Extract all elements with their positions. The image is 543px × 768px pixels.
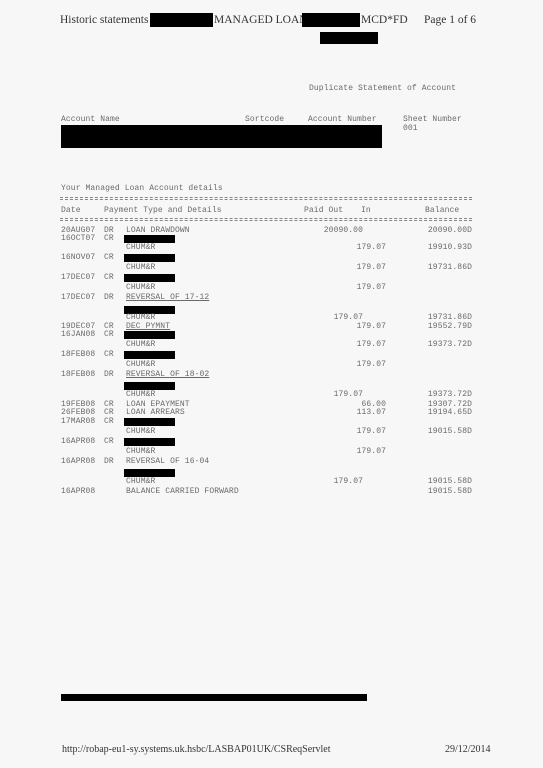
row-date: 17DEC07 [61, 293, 95, 302]
row-type-code: CR [104, 408, 114, 417]
row-date: 17MAR08 [61, 417, 95, 426]
row-detail: REVERSAL OF 16-04 [126, 457, 209, 466]
row-balance: 19552.79D [428, 322, 472, 331]
divider [60, 218, 472, 219]
row-detail: CHUM&R [126, 447, 155, 456]
th-paid-out: Paid Out [304, 206, 343, 215]
redacted-block [320, 32, 378, 44]
redacted-account-details [61, 125, 382, 148]
row-date: 16APR08 [61, 487, 95, 496]
col-account-number: Account Number [308, 115, 377, 124]
row-detail: LOAN ARREARS [126, 408, 185, 417]
row-date: 16OCT07 [61, 234, 95, 243]
th-paid-in: In [361, 206, 371, 215]
divider [60, 220, 472, 221]
row-detail: REVERSAL OF 18-02 [126, 370, 209, 379]
row-type-code: DR [104, 370, 114, 379]
row-paid-in: 179.07 [357, 427, 386, 436]
row-balance: 19015.58D [428, 487, 472, 496]
row-type-code: CR [104, 437, 114, 446]
th-balance: Balance [425, 206, 459, 215]
row-type-code: CR [104, 253, 114, 262]
row-balance: 19731.86D [428, 263, 472, 272]
header-suffix: MCD*FD [361, 14, 408, 26]
divider [60, 197, 472, 198]
row-date: 16JAN08 [61, 330, 95, 339]
row-paid-out: 20090.00 [324, 226, 363, 235]
row-detail: CHUM&R [126, 360, 155, 369]
row-balance: 19731.86D [428, 313, 472, 322]
row-type-code: CR [104, 273, 114, 282]
page-indicator: Page 1 of 6 [424, 14, 476, 26]
row-balance: 20090.00D [428, 226, 472, 235]
row-balance: 19015.58D [428, 477, 472, 486]
footer-date: 29/12/2014 [445, 744, 491, 755]
row-detail: CHUM&R [126, 427, 155, 436]
row-paid-in: 179.07 [357, 283, 386, 292]
row-balance: 19373.72D [428, 390, 472, 399]
redacted-payee [124, 254, 175, 262]
row-detail: CHUM&R [126, 283, 155, 292]
divider [60, 199, 472, 200]
row-paid-in: 179.07 [357, 360, 386, 369]
row-detail: BALANCE CARRIED FORWARD [126, 487, 239, 496]
footer-url: http://robap-eu1-sy.systems.uk.hsbc/LASB… [62, 744, 331, 755]
row-type-code: CR [104, 350, 114, 359]
row-balance: 19194.65D [428, 408, 472, 417]
redacted-payee [124, 382, 175, 390]
row-paid-out: 179.07 [334, 313, 363, 322]
row-paid-in: 179.07 [357, 322, 386, 331]
redacted-payee [124, 331, 175, 339]
row-date: 16APR08 [61, 457, 95, 466]
statement-title: Duplicate Statement of Account [309, 84, 456, 93]
redacted-payee [124, 351, 175, 359]
redacted-footer-note [61, 694, 367, 701]
row-balance: 19910.93D [428, 243, 472, 252]
section-title: Your Managed Loan Account details [61, 184, 223, 193]
redacted-payee [124, 438, 175, 446]
col-sortcode: Sortcode [245, 115, 284, 124]
row-date: 17DEC07 [61, 273, 95, 282]
col-sheet-number: Sheet Number [403, 115, 462, 124]
row-type-code: CR [104, 330, 114, 339]
row-type-code: CR [104, 234, 114, 243]
row-detail: LOAN DRAWDOWN [126, 226, 190, 235]
row-detail: CHUM&R [126, 477, 155, 486]
redacted-payee [124, 235, 175, 243]
redacted-block [150, 13, 213, 27]
row-detail: CHUM&R [126, 340, 155, 349]
col-account-name: Account Name [61, 115, 120, 124]
redacted-payee [124, 274, 175, 282]
header-title-prefix: Historic statements - [60, 14, 155, 26]
row-detail: CHUM&R [126, 313, 155, 322]
row-paid-out: 179.07 [334, 477, 363, 486]
row-date: 18FEB08 [61, 350, 95, 359]
th-date: Date [61, 206, 81, 215]
row-paid-in: 179.07 [357, 243, 386, 252]
row-paid-in: 179.07 [357, 340, 386, 349]
row-type-code: DR [104, 457, 114, 466]
redacted-payee [124, 469, 175, 477]
row-detail: REVERSAL OF 17-12 [126, 293, 209, 302]
th-type: Payment Type and Details [104, 206, 222, 215]
row-balance: 19015.58D [428, 427, 472, 436]
redacted-payee [124, 418, 175, 426]
row-date: 16NOV07 [61, 253, 95, 262]
row-date: 18FEB08 [61, 370, 95, 379]
row-paid-in: 179.07 [357, 447, 386, 456]
row-paid-in: 179.07 [357, 263, 386, 272]
row-balance: 19373.72D [428, 340, 472, 349]
sheet-number-value: 001 [403, 124, 418, 133]
row-paid-in: 113.07 [357, 408, 386, 417]
row-type-code: DR [104, 293, 114, 302]
row-date: 26FEB08 [61, 408, 95, 417]
header-product: MANAGED LOAN [214, 14, 308, 26]
row-type-code: CR [104, 417, 114, 426]
row-detail: DEC PYMNT [126, 322, 170, 331]
row-detail: CHUM&R [126, 243, 155, 252]
row-date: 16APR08 [61, 437, 95, 446]
row-detail: CHUM&R [126, 390, 155, 399]
row-paid-out: 179.07 [334, 390, 363, 399]
row-detail: CHUM&R [126, 263, 155, 272]
redacted-block [302, 13, 360, 27]
